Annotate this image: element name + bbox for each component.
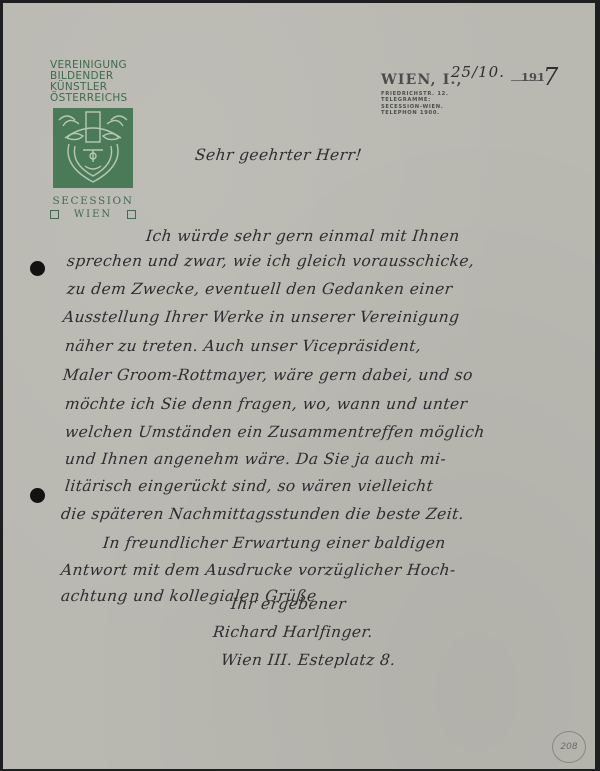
body-line: möchte ich Sie denn fragen, wo, wann und… xyxy=(64,395,468,413)
letter-sheet: VEREINIGUNG BILDENDER KÜNSTLER ÖSTERREIC… xyxy=(3,3,595,769)
address-details: FRIEDRICHSTR. 12. TELEGRAMME: SECESSION-… xyxy=(381,91,561,116)
punch-hole xyxy=(30,261,45,276)
body-line: Antwort mit dem Ausdrucke vorzüglicher H… xyxy=(60,561,457,579)
date-handwritten: 25/10. xyxy=(451,63,505,81)
address-line: TELEPHON 1900. xyxy=(381,110,561,116)
wien-label: WIEN xyxy=(74,209,112,220)
square-ornament-icon xyxy=(127,210,136,219)
archive-folio-stamp: 208 xyxy=(552,731,586,763)
secession-emblem-icon xyxy=(53,108,133,188)
body-line: Maler Groom-Rottmayer, wäre gern dabei, … xyxy=(62,366,474,384)
body-line: sprechen und zwar, wie ich gleich voraus… xyxy=(66,252,475,270)
secession-letterhead-logo: VEREINIGUNG BILDENDER KÜNSTLER ÖSTERREIC… xyxy=(50,60,136,220)
secession-label: SECESSION xyxy=(50,195,136,207)
body-line: litärisch eingerückt sind, so wären viel… xyxy=(64,477,434,495)
body-line: In freundlicher Erwartung einer baldigen xyxy=(102,534,447,552)
body-line: näher zu treten. Auch unser Vicepräsiden… xyxy=(64,337,422,355)
punch-hole xyxy=(30,488,45,503)
letterhead-address: WIEN, I., 25/10. 191 7 FRIEDRICHSTR. 12.… xyxy=(381,69,561,116)
body-line: und Ihnen angenehm wäre. Da Sie ja auch … xyxy=(64,450,447,468)
body-line: Ich würde sehr gern einmal mit Ihnen xyxy=(145,227,461,245)
salutation: Sehr geehrter Herr! xyxy=(194,146,363,164)
return-address: Wien III. Esteplatz 8. xyxy=(220,651,397,669)
year-printed: 191 xyxy=(521,70,545,84)
body-line: zu dem Zwecke, eventuell den Gedanken ei… xyxy=(66,280,453,298)
body-line: die späteren Nachmittagsstunden die best… xyxy=(60,505,465,523)
signature: Richard Harlfinger. xyxy=(212,623,374,641)
square-ornament-icon xyxy=(50,210,59,219)
closing: Ihr ergebener xyxy=(230,595,347,613)
org-name-line-4: ÖSTERREICHS xyxy=(50,93,136,104)
body-line: welchen Umständen ein Zusammentreffen mö… xyxy=(64,423,486,441)
wien-row: WIEN xyxy=(50,209,136,220)
body-line: Ausstellung Ihrer Werke in unserer Verei… xyxy=(62,308,460,326)
year-handwritten: 7 xyxy=(543,63,558,91)
